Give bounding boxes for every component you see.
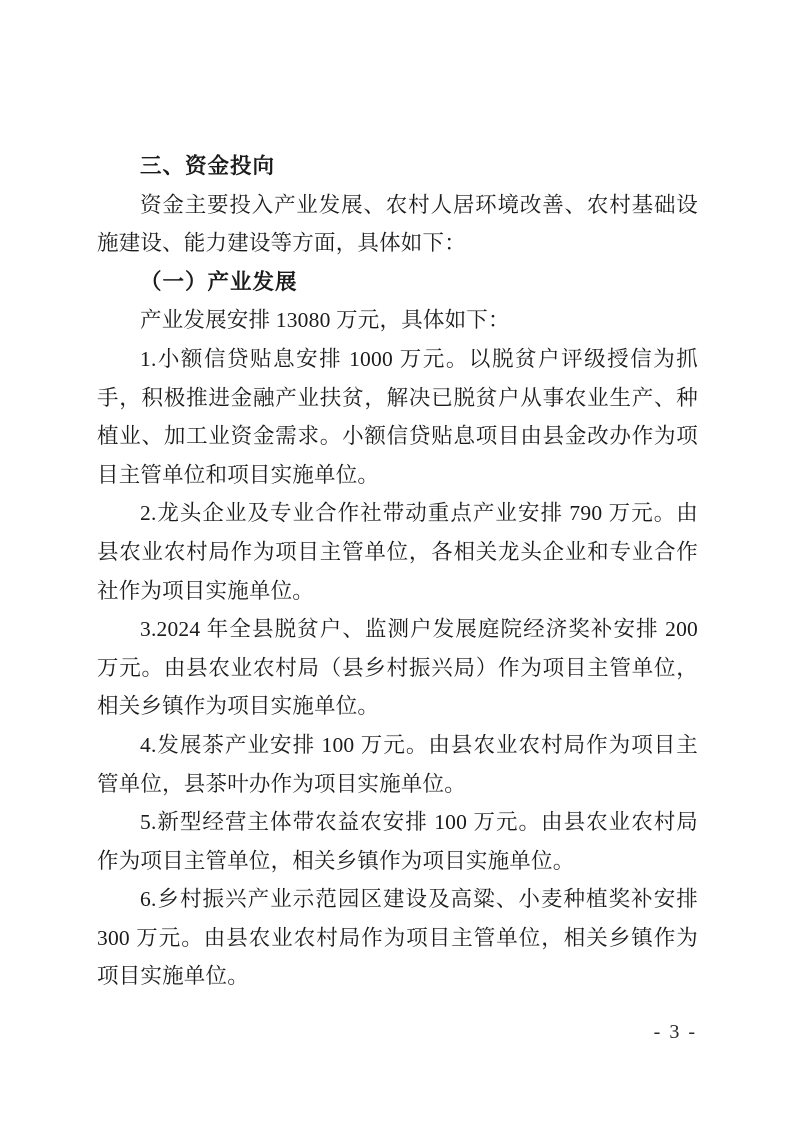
page-number: - 3 - xyxy=(654,1020,697,1044)
subsection-heading: （一）产业发展 xyxy=(97,263,698,302)
item-paragraph-2: 2.龙头企业及专业合作社带动重点产业安排 790 万元。由县农业农村局作为项目主… xyxy=(97,494,698,610)
item-paragraph-6: 6.乡村振兴产业示范园区建设及高粱、小麦种植奖补安排 300 万元。由县农业农村… xyxy=(97,880,698,996)
subsection-intro-paragraph: 产业发展安排 13080 万元，具体如下： xyxy=(97,301,698,340)
item-paragraph-1: 1.小额信贷贴息安排 1000 万元。以脱贫户评级授信为抓手，积极推进金融产业扶… xyxy=(97,340,698,494)
item-paragraph-4: 4.发展茶产业安排 100 万元。由县农业农村局作为项目主管单位，县茶叶办作为项… xyxy=(97,726,698,803)
item-paragraph-5: 5.新型经营主体带农益农安排 100 万元。由县农业农村局作为项目主管单位，相关… xyxy=(97,803,698,880)
item-paragraph-3: 3.2024 年全县脱贫户、监测户发展庭院经济奖补安排 200 万元。由县农业农… xyxy=(97,610,698,726)
document-body: 三、资金投向 资金主要投入产业发展、农村人居环境改善、农村基础设施建设、能力建设… xyxy=(97,147,698,996)
intro-paragraph: 资金主要投入产业发展、农村人居环境改善、农村基础设施建设、能力建设等方面，具体如… xyxy=(97,186,698,263)
section-heading: 三、资金投向 xyxy=(97,147,698,186)
document-page: 三、资金投向 资金主要投入产业发展、农村人居环境改善、农村基础设施建设、能力建设… xyxy=(0,0,793,1122)
